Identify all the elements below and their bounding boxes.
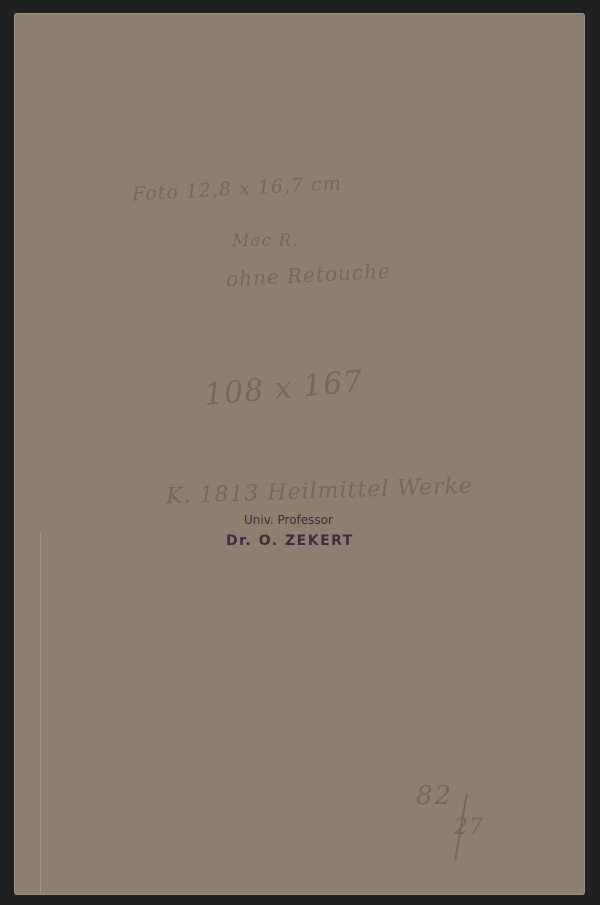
handwritten-dimensions: 108 x 167 — [203, 364, 365, 413]
stamp-name: Dr. O. ZEKERT — [226, 533, 354, 549]
archival-card: Foto 12,8 x 16,7 cm Mac R. ohne Retouche… — [14, 13, 585, 895]
stamp-title: Univ. Professor — [244, 513, 333, 527]
handwritten-mac-note: Mac R. — [232, 231, 299, 251]
handwritten-photo-note: Foto 12,8 x 16,7 cm — [132, 173, 343, 206]
handwritten-reference: K. 1813 Heilmittel Werke — [166, 474, 474, 510]
catalog-number-bottom: 27 — [454, 815, 484, 840]
catalog-number-top: 82 — [416, 781, 453, 811]
handwritten-retouche-note: ohne Retouche — [225, 259, 391, 292]
